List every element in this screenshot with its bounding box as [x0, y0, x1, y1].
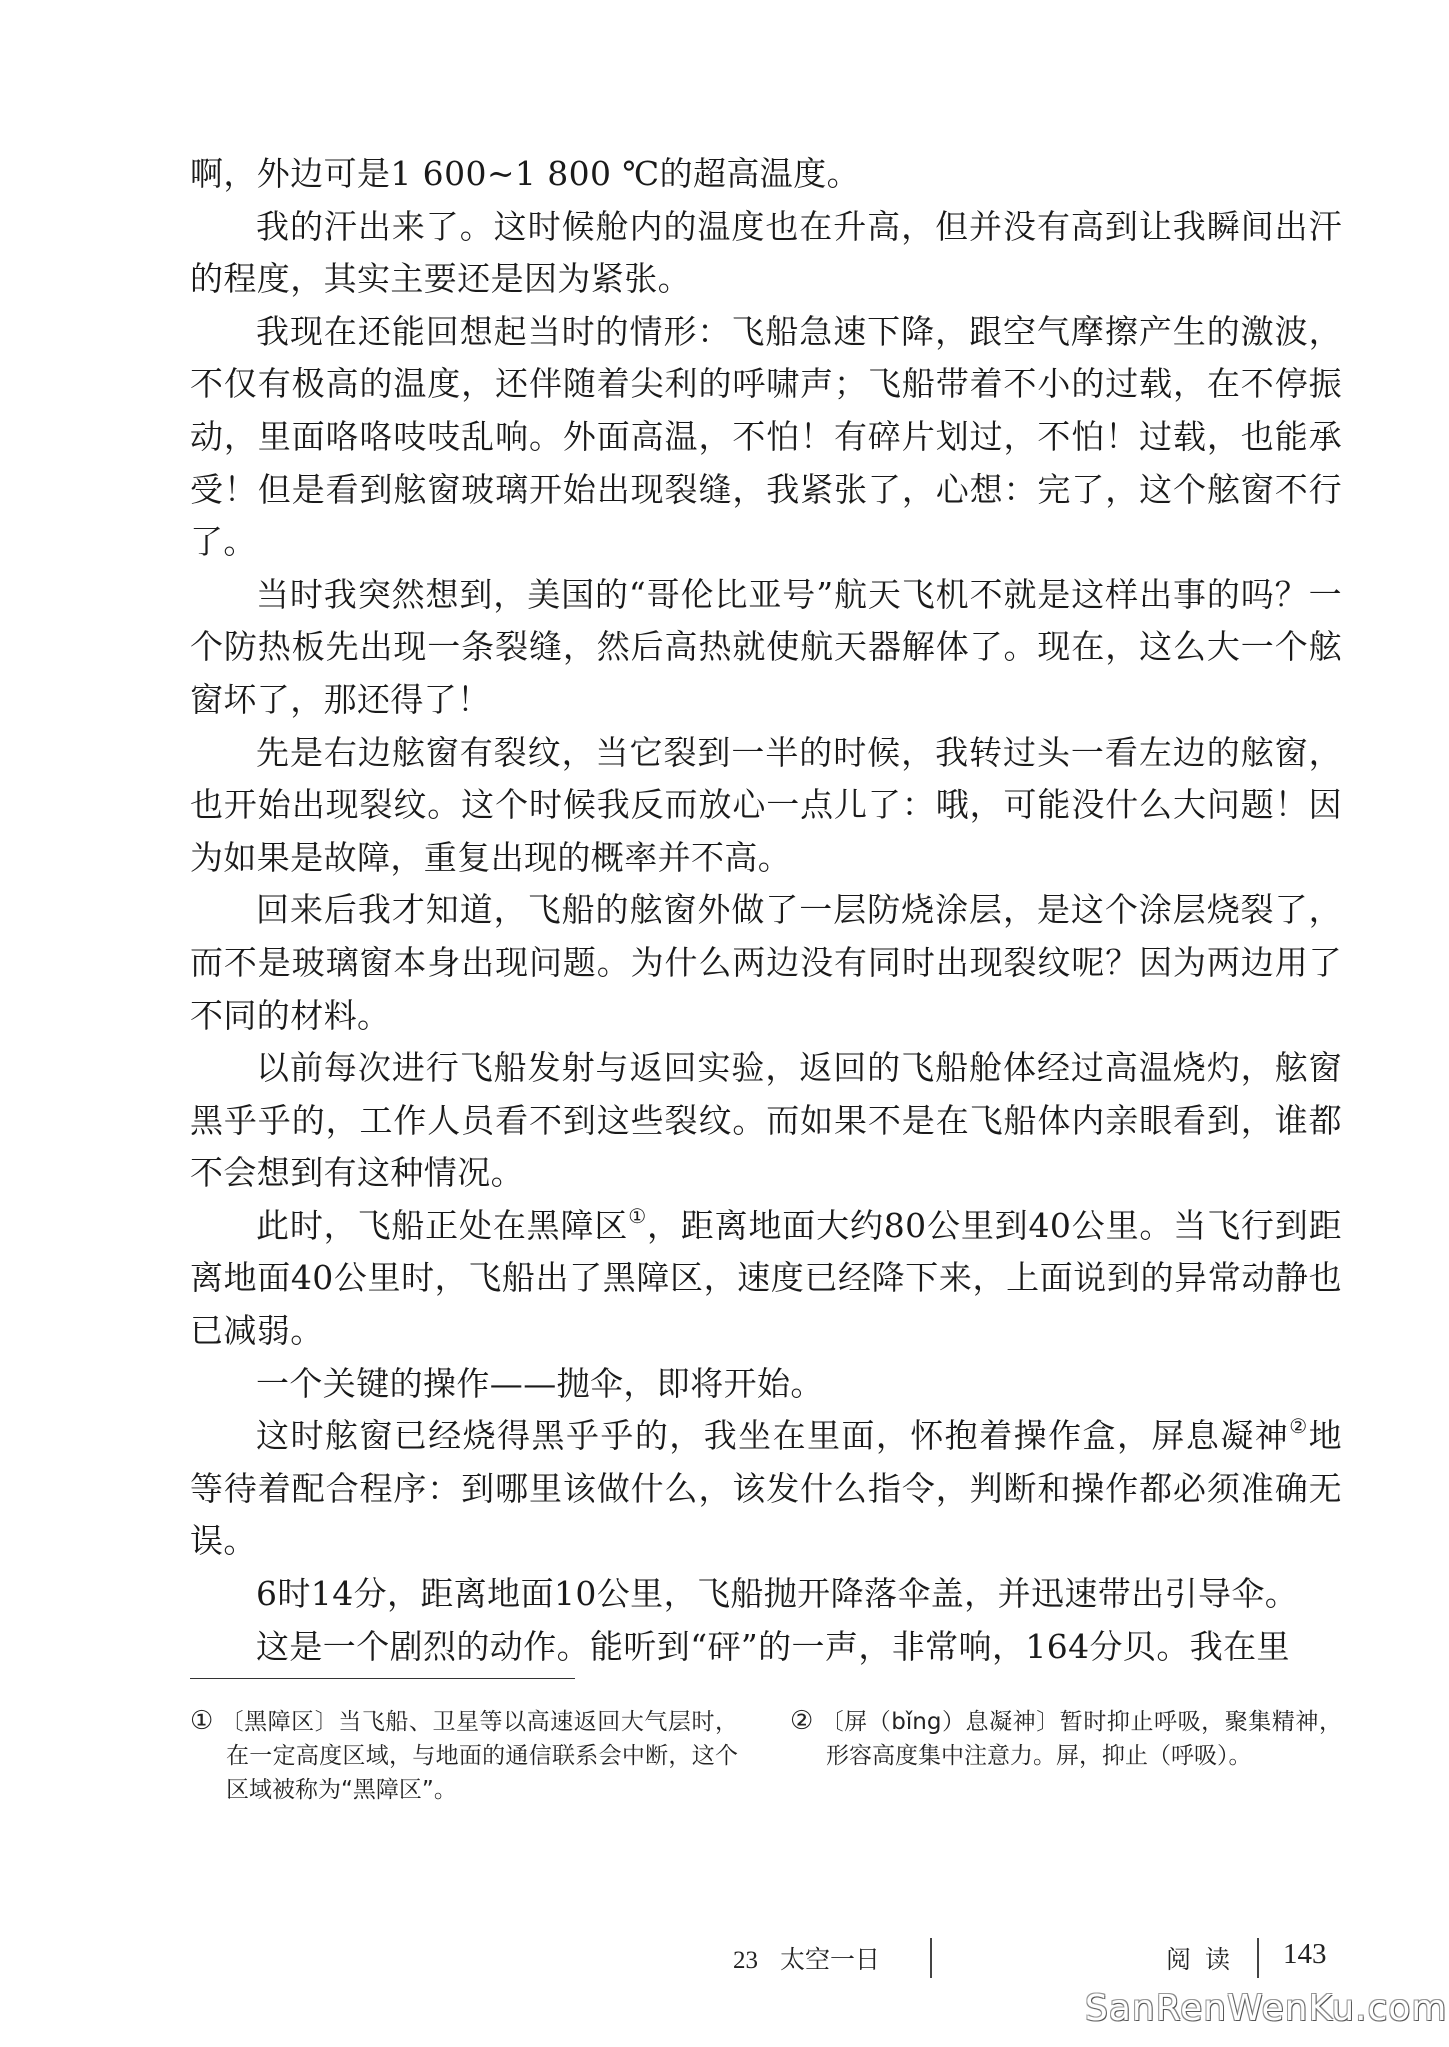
paragraph: 我的汗出来了。这时候舱内的温度也在升高，但并没有高到让我瞬间出汗的程度，其实主要… — [190, 201, 1342, 306]
paragraph: 啊，外边可是1 600~1 800 ℃的超高温度。 — [190, 148, 1342, 201]
paragraph: 先是右边舷窗有裂纹，当它裂到一半的时候，我转过头一看左边的舷窗，也开始出现裂纹。… — [190, 727, 1342, 885]
paragraph: 此时，飞船正处在黑障区①，距离地面大约80公里到40公里。当飞行到距离地面40公… — [190, 1200, 1342, 1358]
footnote-text: 〔屏（bǐng）息凝神〕暂时抑止呼吸，聚集精神，形容高度集中注意力。屏，抑止（呼… — [820, 1709, 1342, 1769]
paragraph: 以前每次进行飞船发射与返回实验，返回的飞船舱体经过高温烧灼，舷窗黑乎乎的，工作人… — [190, 1042, 1342, 1200]
footer-divider — [930, 1938, 932, 1978]
footnote-ref-2[interactable]: ② — [1289, 1414, 1308, 1438]
lesson-title: 太空一日 — [780, 1947, 880, 1974]
paragraph: 我现在还能回想起当时的情形：飞船急速下降，跟空气摩擦产生的激波，不仅有极高的温度… — [190, 306, 1342, 569]
article-body: 啊，外边可是1 600~1 800 ℃的超高温度。 我的汗出来了。这时候舱内的温… — [190, 148, 1342, 1673]
page-footer: 23太空一日 阅读 143 — [0, 1938, 1449, 1988]
footnote-separator — [190, 1678, 575, 1679]
footnote-ref-1[interactable]: ① — [628, 1204, 647, 1228]
footnote-text: 〔黑障区〕当飞船、卫星等以高速返回大气层时，在一定高度区域，与地面的通信联系会中… — [220, 1709, 738, 1803]
section-label: 阅读 — [1166, 1940, 1244, 1976]
paragraph: 这时舷窗已经烧得黑乎乎的，我坐在里面，怀抱着操作盒，屏息凝神②地等待着配合程序：… — [190, 1410, 1342, 1568]
paragraph: 一个关键的操作——抛伞，即将开始。 — [190, 1358, 1342, 1411]
lesson-number: 23 — [733, 1947, 758, 1974]
footnote-2: ②〔屏（bǐng）息凝神〕暂时抑止呼吸，聚集精神，形容高度集中注意力。屏，抑止（… — [790, 1704, 1342, 1773]
paragraph: 当时我突然想到，美国的“哥伦比亚号”航天飞机不就是这样出事的吗？一个防热板先出现… — [190, 569, 1342, 727]
footnote-marker: ② — [790, 1704, 820, 1738]
paragraph-text: 这时舷窗已经烧得黑乎乎的，我坐在里面，怀抱着操作盒，屏息凝神 — [256, 1416, 1289, 1455]
footnote-marker: ① — [190, 1704, 220, 1738]
watermark: SanRenWenKu.com — [1085, 1988, 1448, 2029]
paragraph: 这是一个剧烈的动作。能听到“砰”的一声，非常响，164分贝。我在里 — [190, 1621, 1342, 1674]
paragraph: 6时14分，距离地面10公里，飞船抛开降落伞盖，并迅速带出引导伞。 — [190, 1568, 1342, 1621]
paragraph-text: 此时，飞船正处在黑障区 — [256, 1206, 628, 1245]
footer-divider — [1257, 1938, 1259, 1978]
paragraph: 回来后我才知道，飞船的舷窗外做了一层防烧涂层，是这个涂层烧裂了，而不是玻璃窗本身… — [190, 884, 1342, 1042]
page-number: 143 — [1283, 1938, 1327, 1971]
lesson-label: 23太空一日 — [733, 1940, 880, 1976]
footnote-1: ①〔黑障区〕当飞船、卫星等以高速返回大气层时，在一定高度区域，与地面的通信联系会… — [190, 1704, 738, 1807]
